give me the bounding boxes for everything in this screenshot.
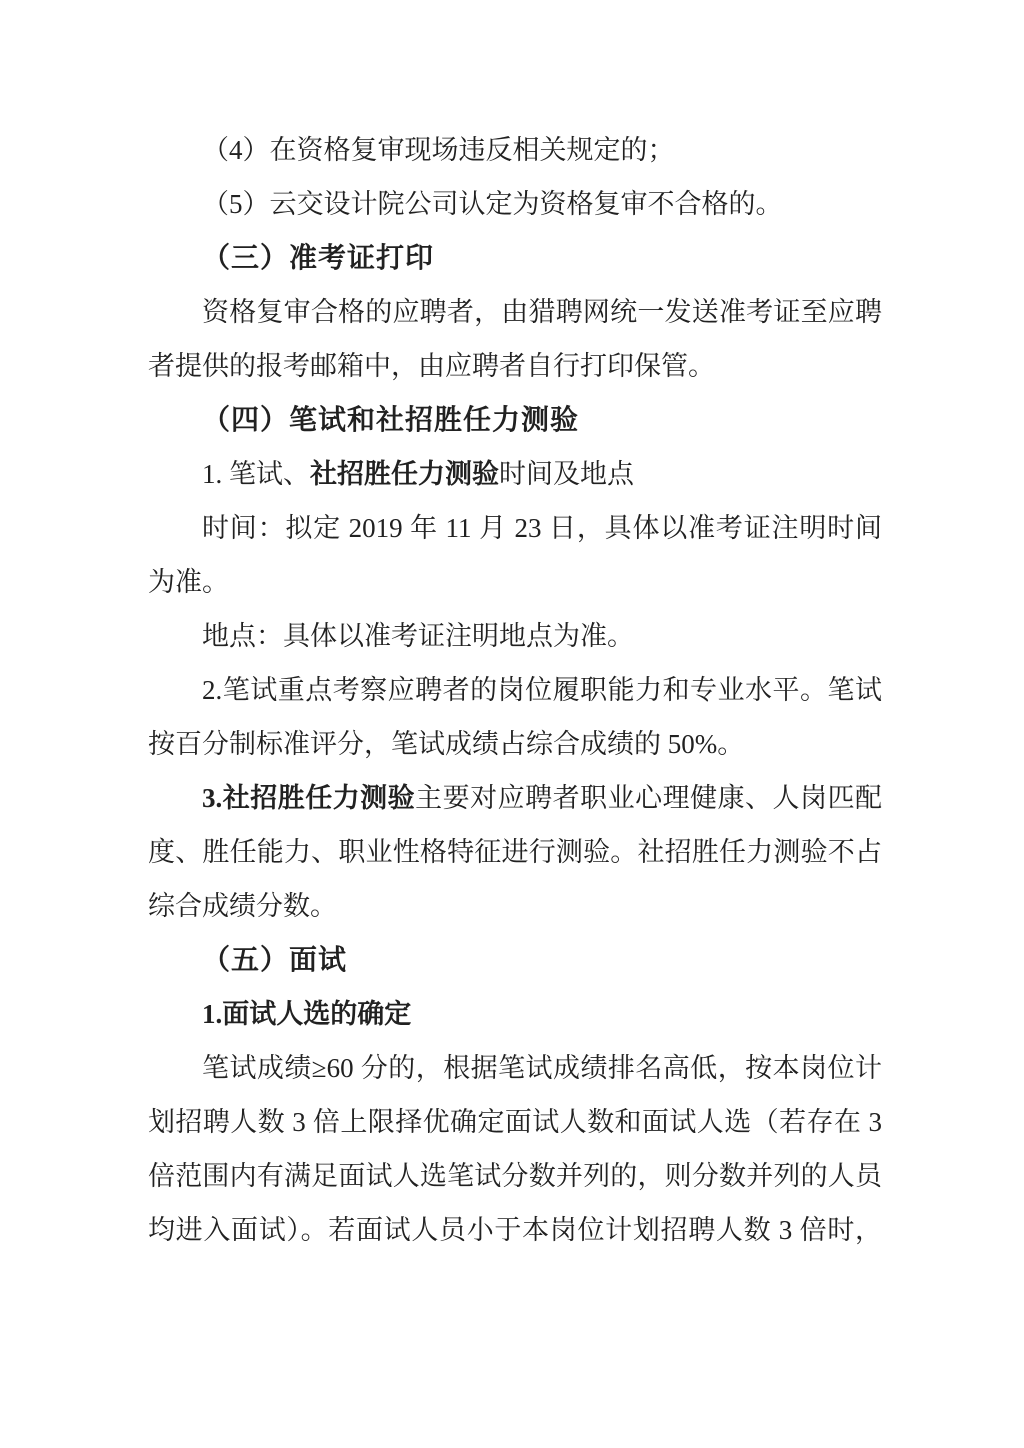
text-run: 笔试成绩≥60 分的，根据笔试成绩排名高低，按本岗位计 <box>202 1053 882 1083</box>
text-run: （4）在资格复审现场违反相关规定的； <box>202 135 675 165</box>
text-line: 1.面试人选的确定 <box>148 987 882 1041</box>
text-line: 划招聘人数 3 倍上限择优确定面试人数和面试人选（若存在 3 <box>148 1095 882 1149</box>
section-heading: （三）准考证打印 <box>148 231 882 285</box>
document-page: （4）在资格复审现场违反相关规定的；（5）云交设计院公司认定为资格复审不合格的。… <box>0 0 1024 1448</box>
text-run: 综合成绩分数。 <box>148 891 337 921</box>
text-run: 主要对应聘者职业心理健康、人岗匹配 <box>415 783 882 813</box>
text-line: 度、胜任能力、职业性格特征进行测验。社招胜任力测验不占 <box>148 825 882 879</box>
text-line: 资格复审合格的应聘者，由猎聘网统一发送准考证至应聘 <box>148 285 882 339</box>
text-line: 3.社招胜任力测验主要对应聘者职业心理健康、人岗匹配 <box>148 771 882 825</box>
text-run: 1.面试人选的确定 <box>202 999 411 1029</box>
text-run: 为准。 <box>148 567 229 597</box>
text-run: （五）面试 <box>202 945 347 976</box>
text-line: 地点：具体以准考证注明地点为准。 <box>148 609 882 663</box>
text-run: 社招胜任力测验 <box>310 459 499 489</box>
text-run: 时间及地点 <box>499 459 634 489</box>
text-line: 按百分制标准评分，笔试成绩占综合成绩的 50%。 <box>148 717 882 771</box>
section-heading: （四）笔试和社招胜任力测验 <box>148 393 882 447</box>
text-line: 2.笔试重点考察应聘者的岗位履职能力和专业水平。笔试 <box>148 663 882 717</box>
document-text-block: （4）在资格复审现场违反相关规定的；（5）云交设计院公司认定为资格复审不合格的。… <box>148 123 882 1257</box>
text-run: 地点：具体以准考证注明地点为准。 <box>202 621 634 651</box>
text-line: 笔试成绩≥60 分的，根据笔试成绩排名高低，按本岗位计 <box>148 1041 882 1095</box>
text-run: 度、胜任能力、职业性格特征进行测验。社招胜任力测验不占 <box>148 837 882 867</box>
text-line: 1. 笔试、社招胜任力测验时间及地点 <box>148 447 882 501</box>
text-run: 倍范围内有满足面试人选笔试分数并列的，则分数并列的人员 <box>148 1161 882 1191</box>
text-run: 时间：拟定 2019 年 11 月 23 日，具体以准考证注明时间 <box>202 513 882 543</box>
text-run: 按百分制标准评分，笔试成绩占综合成绩的 50%。 <box>148 729 744 759</box>
text-run: 资格复审合格的应聘者，由猎聘网统一发送准考证至应聘 <box>202 297 882 327</box>
text-line: （5）云交设计院公司认定为资格复审不合格的。 <box>148 177 882 231</box>
text-line: 倍范围内有满足面试人选笔试分数并列的，则分数并列的人员 <box>148 1149 882 1203</box>
text-run: （三）准考证打印 <box>202 243 434 274</box>
text-run: 2.笔试重点考察应聘者的岗位履职能力和专业水平。笔试 <box>202 675 882 705</box>
text-line: （4）在资格复审现场违反相关规定的； <box>148 123 882 177</box>
text-run: （四）笔试和社招胜任力测验 <box>202 405 579 436</box>
text-run: 3.社招胜任力测验 <box>202 783 415 813</box>
text-run: 均进入面试）。若面试人员小于本岗位计划招聘人数 3 倍时， <box>148 1215 882 1245</box>
text-run: 1. 笔试、 <box>202 459 310 489</box>
section-heading: （五）面试 <box>148 933 882 987</box>
text-run: 者提供的报考邮箱中，由应聘者自行打印保管。 <box>148 351 715 381</box>
text-line: 均进入面试）。若面试人员小于本岗位计划招聘人数 3 倍时， <box>148 1203 882 1257</box>
text-line: 为准。 <box>148 555 882 609</box>
text-run: （5）云交设计院公司认定为资格复审不合格的。 <box>202 189 783 219</box>
text-line: 者提供的报考邮箱中，由应聘者自行打印保管。 <box>148 339 882 393</box>
text-line: 时间：拟定 2019 年 11 月 23 日，具体以准考证注明时间 <box>148 501 882 555</box>
text-run: 划招聘人数 3 倍上限择优确定面试人数和面试人选（若存在 3 <box>148 1107 882 1137</box>
text-line: 综合成绩分数。 <box>148 879 882 933</box>
